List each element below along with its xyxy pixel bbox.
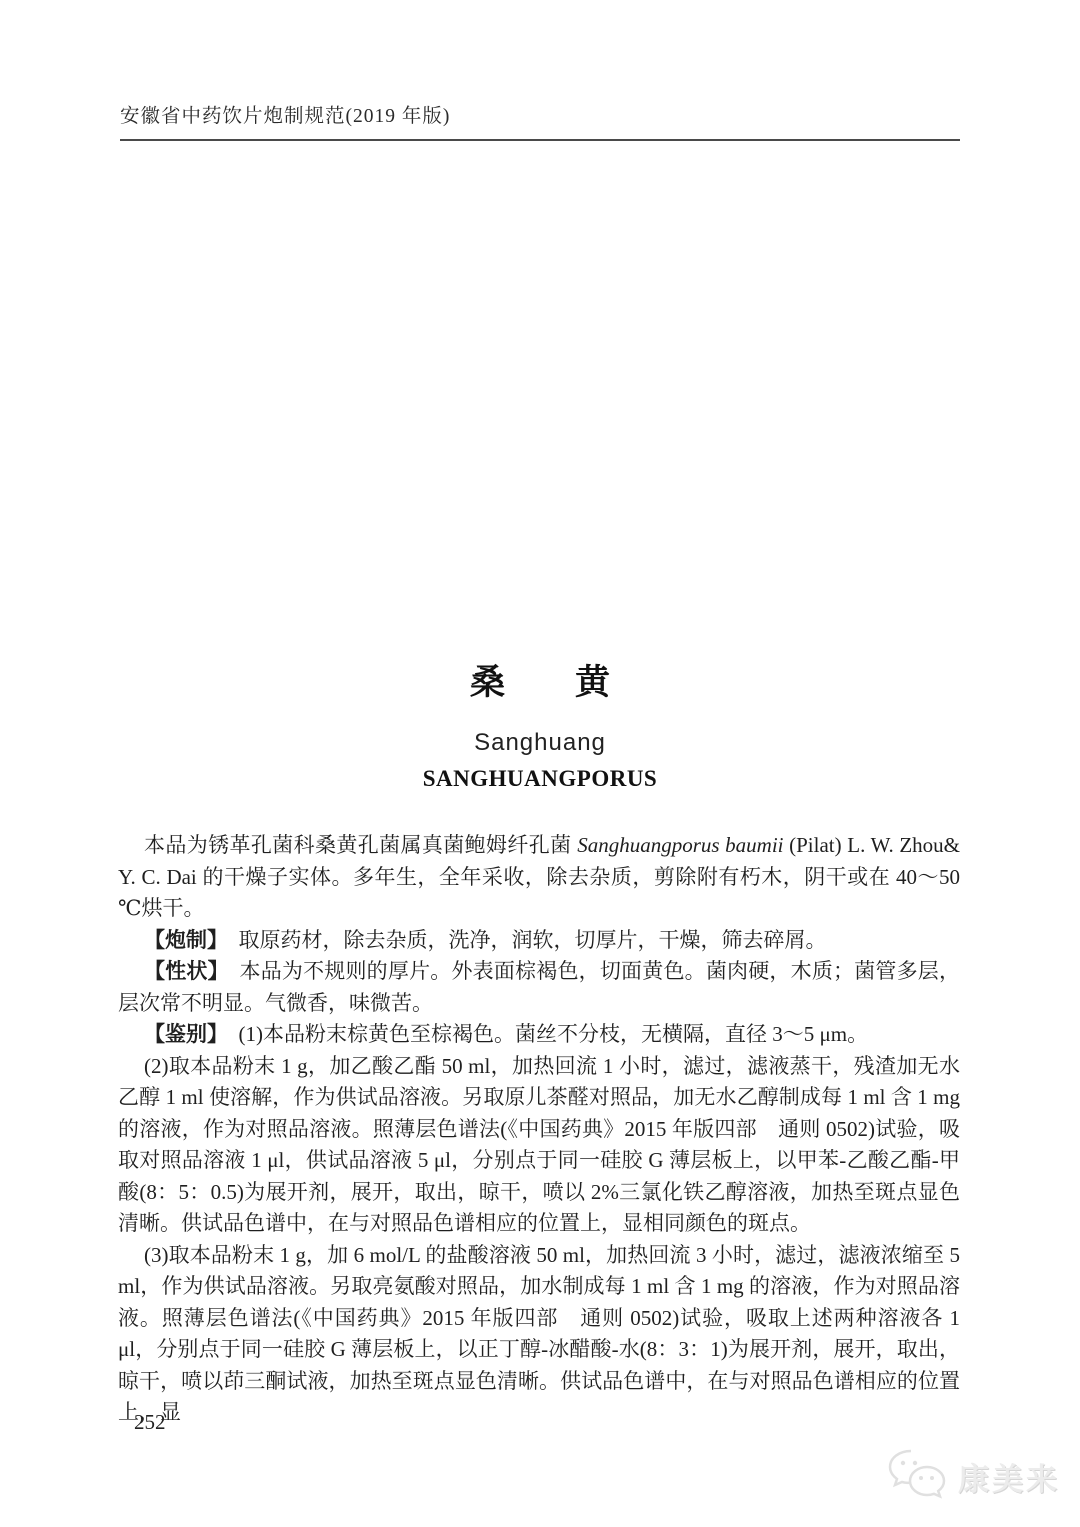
title-pinyin: Sanghuang (0, 729, 1080, 757)
section-label: 【性状】 (144, 960, 218, 983)
text-run: (2)取本品粉末 1 g，加乙酸乙酯 50 ml，加热回流 1 小时，滤过，滤液… (118, 1054, 960, 1236)
text-run: (3)取本品粉末 1 g，加 6 mol/L 的盐酸溶液 50 ml，加热回流 … (118, 1243, 960, 1425)
title-block: 桑 黄 Sanghuang SANGHUANGPORUS (0, 655, 1080, 792)
paragraph: (2)取本品粉末 1 g，加乙酸乙酯 50 ml，加热回流 1 小时，滤过，滤液… (118, 1051, 960, 1240)
text-run: 本品为不规则的厚片。外表面棕褐色，切面黄色。菌肉硬，木质；菌管多层，层次常不明显… (118, 959, 960, 1015)
wechat-logo-icon (886, 1448, 948, 1505)
page-number: 252 (134, 1410, 166, 1435)
paragraph: 【性状】 本品为不规则的厚片。外表面棕褐色，切面黄色。菌肉硬，木质；菌管多层，层… (118, 956, 960, 1019)
text-run: 本品为锈革孔菌科桑黄孔菌属真菌鲍姆纤孔菌 (144, 833, 577, 857)
section-label: 【炮制】 (144, 929, 218, 952)
paragraph: 【炮制】 取原药材，除去杂质，洗净，润软，切厚片，干燥，筛去碎屑。 (118, 925, 960, 957)
paragraph: 本品为锈革孔菌科桑黄孔菌属真菌鲍姆纤孔菌 Sanghuangporus baum… (118, 830, 960, 925)
text-run: (1)本品粉末棕黄色至棕褐色。菌丝不分枝，无横隔，直径 3～5 μm。 (218, 1022, 869, 1046)
paragraph: (3)取本品粉末 1 g，加 6 mol/L 的盐酸溶液 50 ml，加热回流 … (118, 1240, 960, 1429)
paragraph: 【鉴别】 (1)本品粉末棕黄色至棕褐色。菌丝不分枝，无横隔，直径 3～5 μm。 (118, 1019, 960, 1051)
running-header: 安徽省中药饮片炮制规范(2019 年版) (120, 100, 960, 141)
section-label: 【鉴别】 (144, 1023, 218, 1046)
watermark: 康美来 (886, 1448, 1060, 1505)
text-run: Sanghuangporus baumii (577, 833, 783, 857)
page-title: 桑 黄 (0, 655, 1080, 705)
text-run: 取原药材，除去杂质，洗净，润软，切厚片，干燥，筛去碎屑。 (218, 928, 827, 952)
watermark-text: 康美来 (958, 1454, 1060, 1499)
document-page: 安徽省中药饮片炮制规范(2019 年版) 桑 黄 Sanghuang SANGH… (0, 0, 1080, 1527)
title-latin: SANGHUANGPORUS (0, 766, 1080, 792)
body-text: 本品为锈革孔菌科桑黄孔菌属真菌鲍姆纤孔菌 Sanghuangporus baum… (118, 830, 960, 1429)
